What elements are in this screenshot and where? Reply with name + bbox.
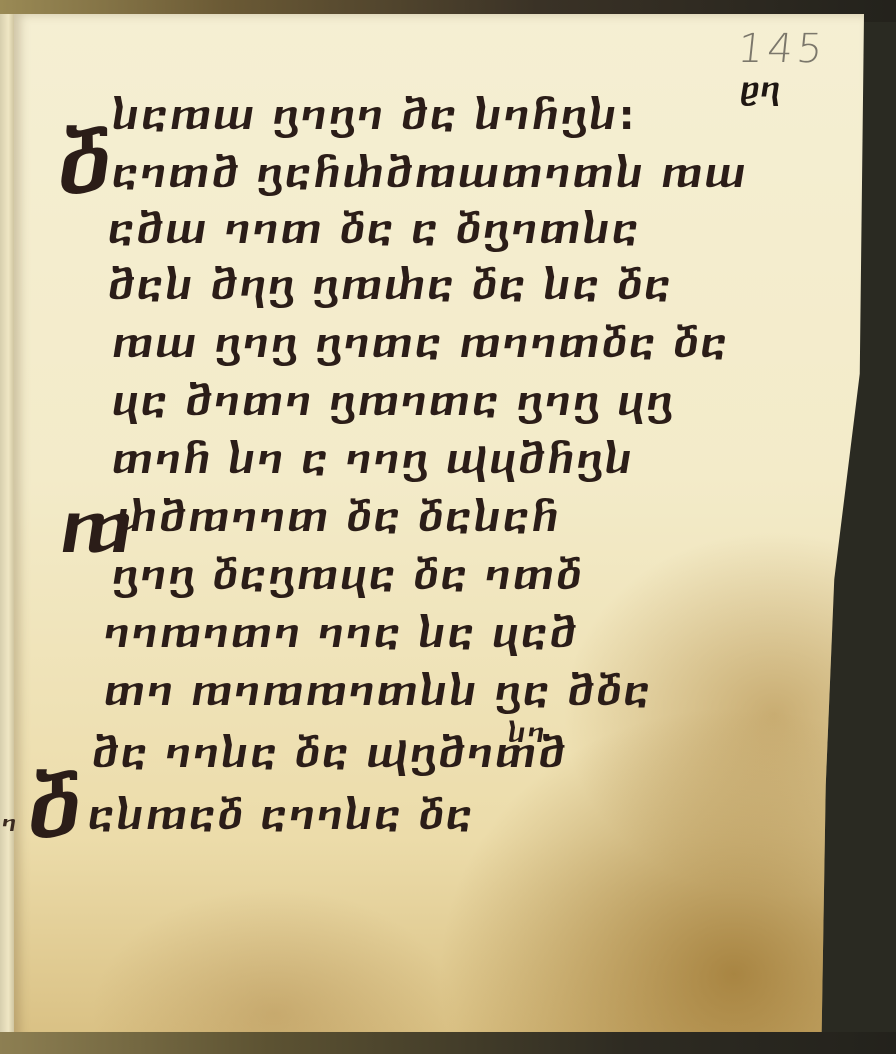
folio-ink-number: ⴒⴄ	[740, 72, 780, 107]
text-line-4: ⴋⴀⴑ ⴋⴄⴂ ⴂⴊⴐⴀ ⴃⴀ ⴑⴀ ⴃⴀ	[108, 262, 673, 310]
margin-mark: ⴈ	[2, 812, 16, 837]
previous-leaf-edge	[0, 14, 15, 1044]
text-line-10: ⴈⴈⴊⴈⴇⴈ ⴈⴈⴀ ⴑⴀ ⴗⴀⴋ	[104, 610, 579, 658]
text-line-6: ⴗⴀ ⴋⴈⴇⴈ ⴂⴊⴈⴇⴀ ⴂⴈⴂ ⴗⴂ	[112, 378, 675, 426]
text-line-7: ⴇⴈⴌ ⴑⴈ ⴀ ⴈⴈⴂ ⴓⴗⴋⴌⴂⴑ	[112, 436, 634, 484]
text-line-2: ⴀⴈⴇⴋ ⴂⴀⴌⴐⴋⴊⴍⴇⴈⴇⴑ ⴊⴍ	[112, 150, 748, 198]
binding-thread-bottom	[0, 1032, 896, 1054]
text-line-11: ⴇⴈ ⴊⴈⴊⴊⴈⴇⴑⴑ ⴂⴀ ⴋⴃⴀ	[104, 668, 652, 716]
folio-pencil-number: 145	[736, 26, 829, 72]
text-line-3: ⴀⴋⴍ ⴈⴈⴇ ⴃⴀ ⴀ ⴃⴂⴈⴇⴑⴀ	[108, 206, 640, 254]
text-line-5: ⴊⴍ ⴂⴈⴂ ⴂⴈⴇⴀ ⴊⴈⴈⴇⴃⴀ ⴃⴀ	[112, 320, 729, 368]
text-line-1: ⴑⴀⴊⴍ ⴂⴈⴂⴈ ⴋⴀ ⴑⴈⴌⴂⴑ:	[112, 92, 637, 140]
decorated-initial: ⴃ	[58, 122, 111, 206]
decorated-initial: ⴃ	[28, 766, 81, 850]
text-line-8: ⴐⴋⴊⴈⴈⴇ ⴃⴀ ⴃⴀⴑⴀⴌ	[116, 494, 561, 542]
text-line-9: ⴂⴈⴂ ⴃⴀⴂⴊⴗⴀ ⴃⴀ ⴈⴇⴃ	[112, 552, 583, 600]
text-line-12: ⴋⴀ ⴈⴈⴑⴀ ⴃⴀ ⴓⴂⴋⴈⴇⴋ	[92, 730, 567, 778]
text-line-13: ⴀⴑⴊⴀⴃ ⴀⴈⴈⴑⴀ ⴃⴀ	[88, 792, 474, 840]
